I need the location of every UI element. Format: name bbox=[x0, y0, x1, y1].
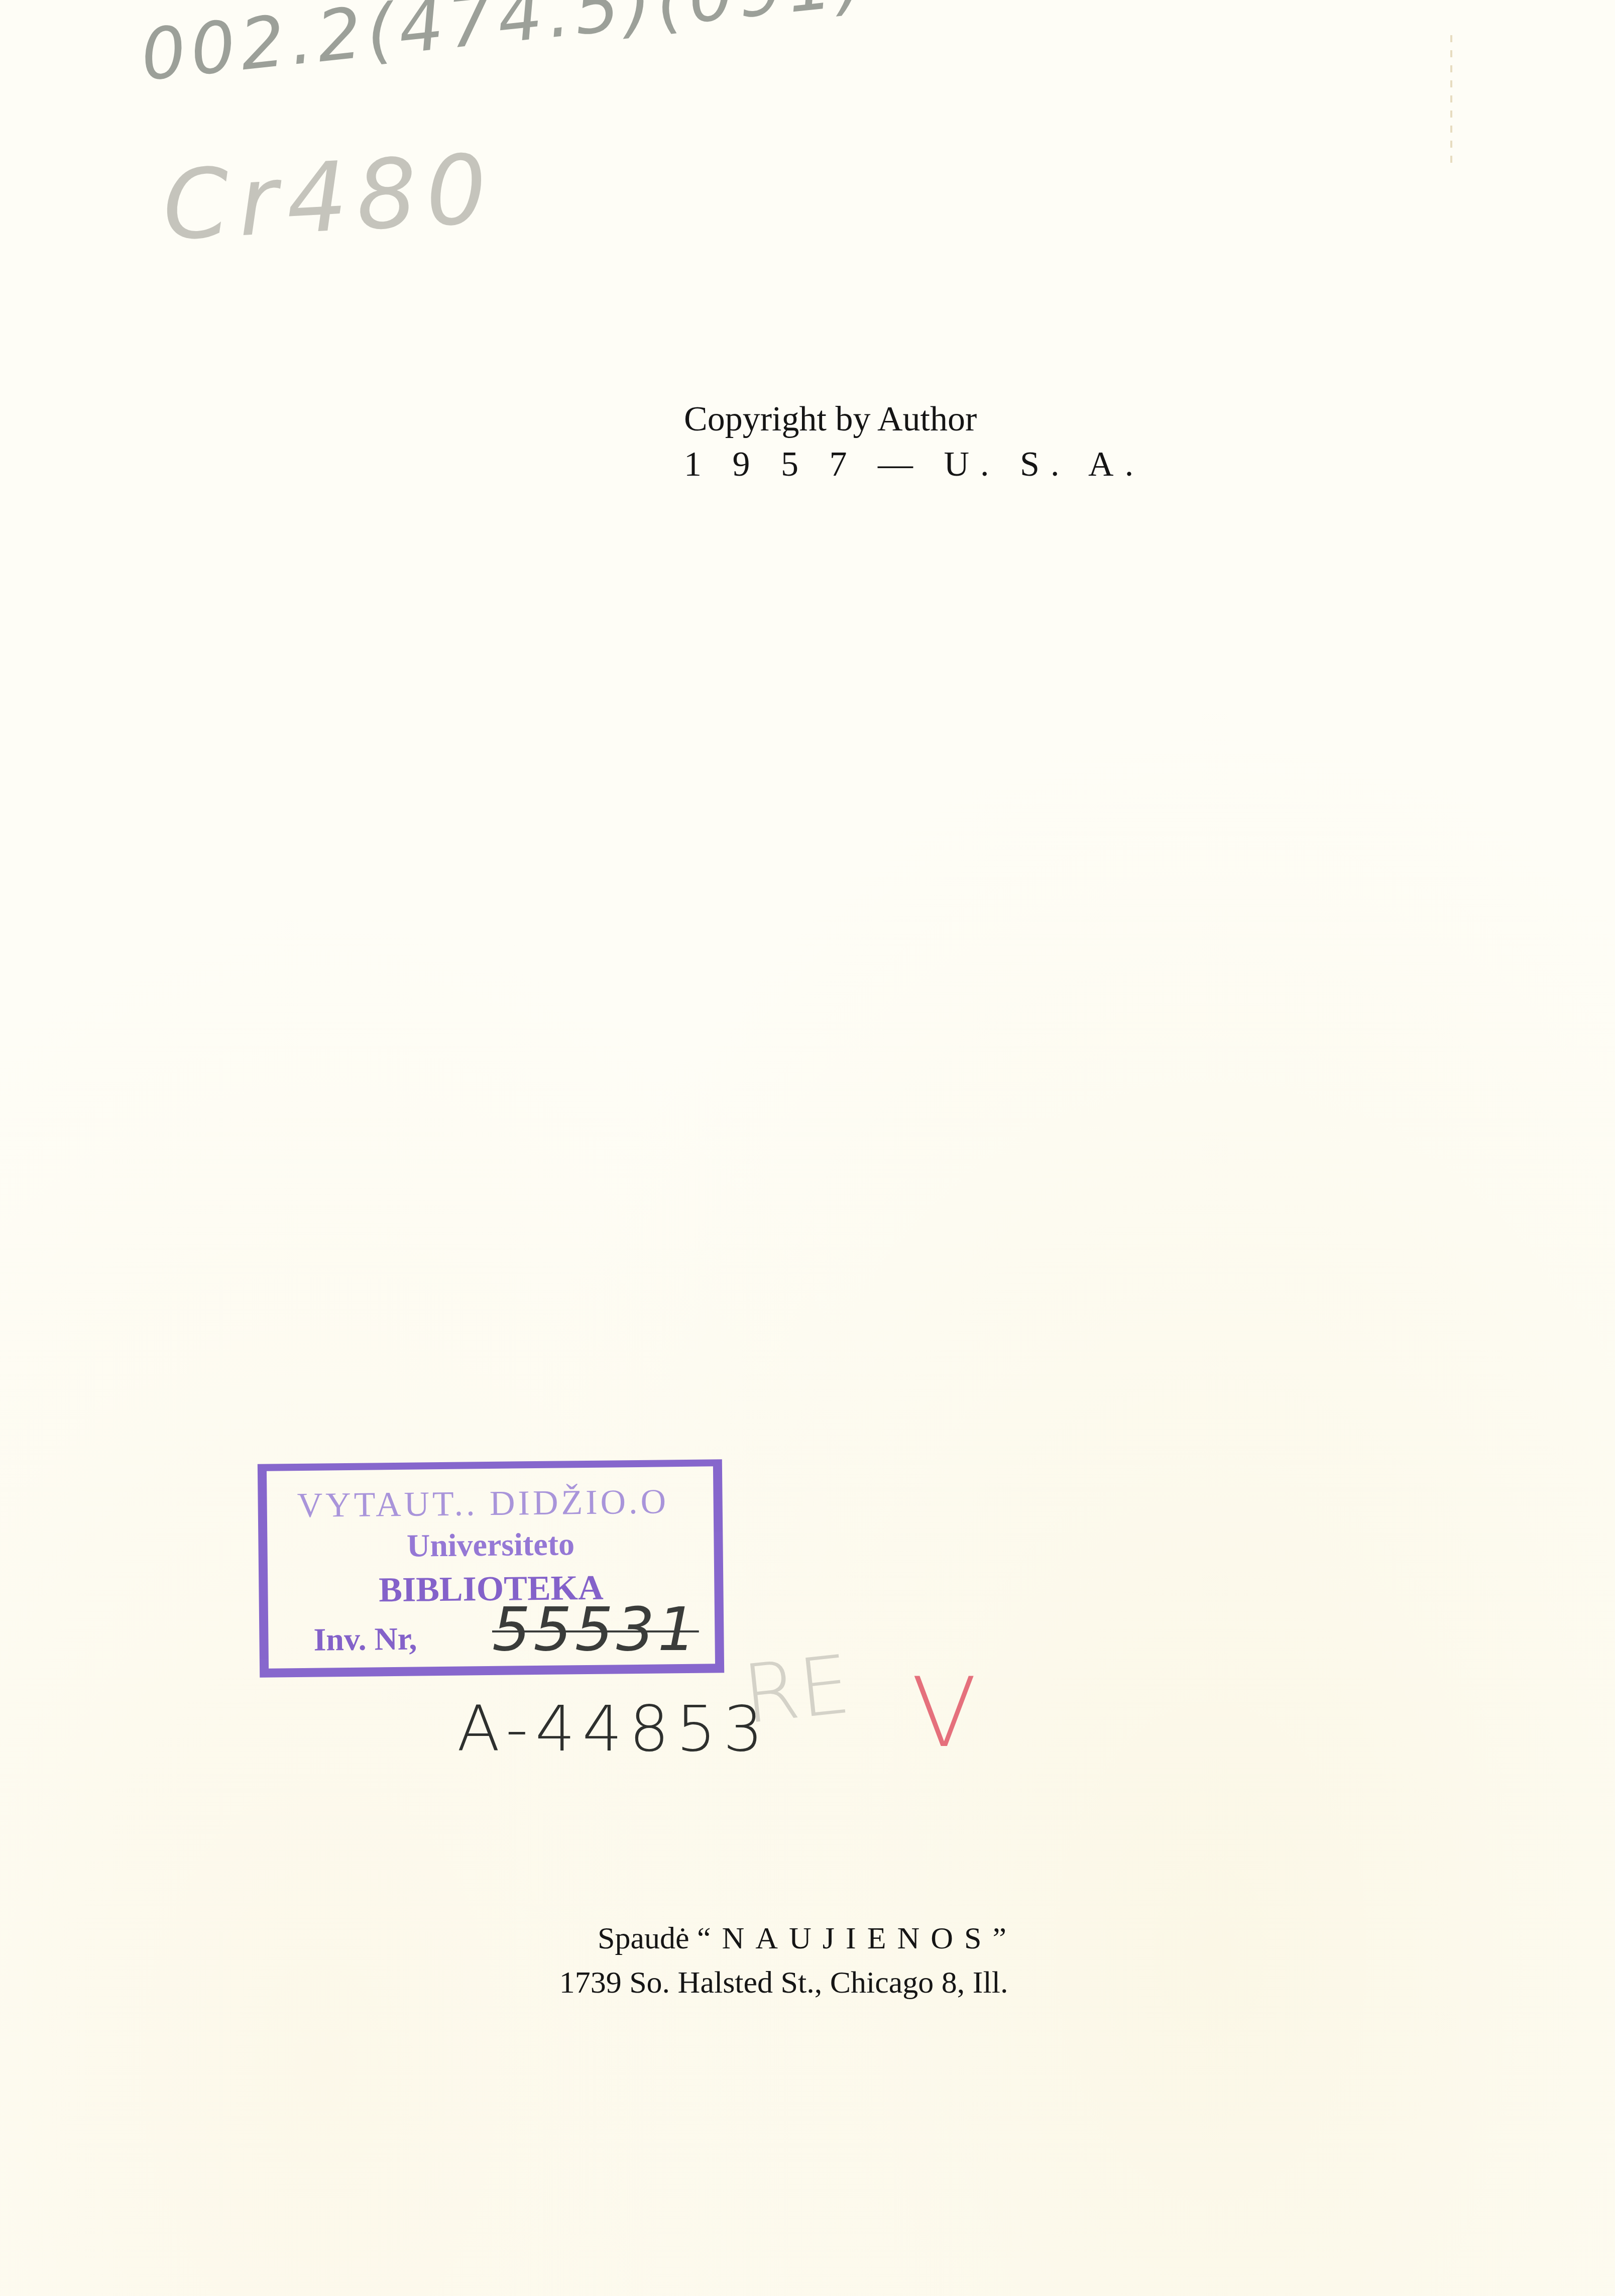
handwritten-accession-number: A-44853 bbox=[457, 1693, 770, 1766]
copyright-notice: Copyright by Author 1 9 5 7 — U. S. A. bbox=[684, 397, 1144, 487]
stamp-university-name: VYTAUT.. DIDŽIO.O bbox=[297, 1482, 669, 1526]
pencil-review-mark: RE bbox=[739, 1637, 855, 1741]
printer-line: Spaudė “NAUJIENOS” bbox=[550, 1916, 1017, 1960]
printer-name: “NAUJIENOS” bbox=[697, 1921, 1017, 1955]
printer-imprint: Spaudė “NAUJIENOS” 1739 So. Halsted St.,… bbox=[550, 1916, 1017, 2005]
copyright-year-line: 1 9 5 7 — U. S. A. bbox=[684, 442, 1144, 487]
handwritten-call-number: 002.2(474.5)(091) bbox=[137, 0, 873, 97]
book-copyright-page: 002.2(474.5)(091) Cr480 Copyright by Aut… bbox=[0, 0, 1615, 2296]
stamp-university-word: Universiteto bbox=[267, 1524, 714, 1566]
stamp-inventory-label: Inv. Nr, bbox=[313, 1620, 417, 1659]
paper-edge-mark bbox=[1450, 35, 1452, 166]
red-check-mark: V bbox=[911, 1658, 977, 1769]
handwritten-shelf-code: Cr480 bbox=[160, 134, 498, 262]
printer-label: Spaudė bbox=[598, 1921, 689, 1955]
printer-address: 1739 So. Halsted St., Chicago 8, Ill. bbox=[550, 1960, 1017, 2005]
inventory-number: 55531 bbox=[492, 1595, 699, 1665]
copyright-line: Copyright by Author bbox=[684, 397, 1144, 442]
